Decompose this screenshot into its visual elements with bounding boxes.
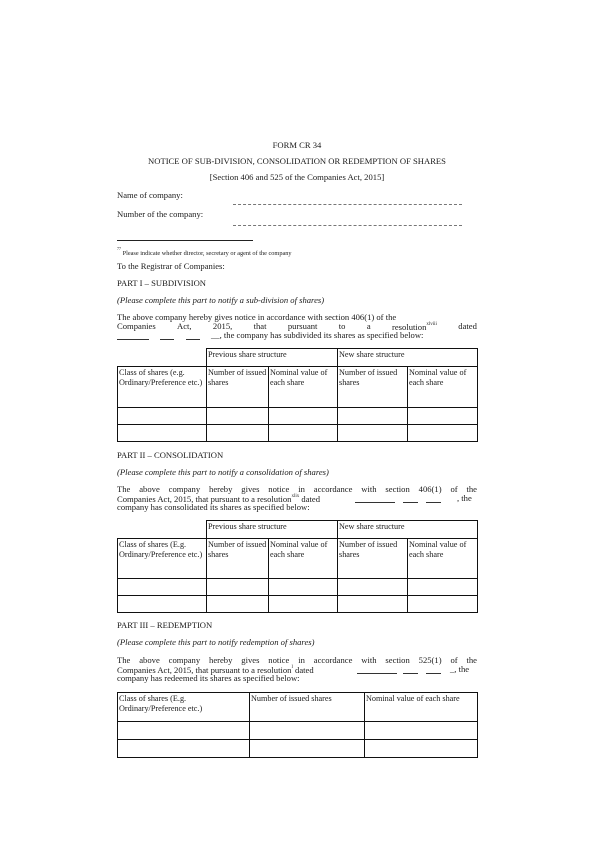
part3-table: Class of shares (E.g. Ordinary/Preferenc… [117, 692, 478, 758]
endnote-ref: l [291, 665, 292, 670]
col-class: Class of shares (E.g. Ordinary/Preferenc… [118, 693, 250, 722]
group-header-new: New share structure [338, 521, 478, 539]
table-cell[interactable] [250, 722, 365, 740]
col-prev-nominal: Nominal value of each share [269, 367, 338, 408]
table-cell[interactable] [338, 425, 408, 442]
col-class: Class of shares (E.g. Ordinary/Preferenc… [118, 539, 207, 579]
col-class: Class of shares (e.g. Ordinary/Preferenc… [118, 367, 207, 408]
table-cell[interactable] [408, 425, 478, 442]
endnote-ref: xlviii [426, 322, 437, 327]
table-cell[interactable] [207, 596, 269, 613]
footnote-separator [117, 240, 253, 241]
part3-heading: PART III – REDEMPTION [117, 620, 212, 630]
part3-para-line2-end: _, the [450, 664, 469, 674]
table-row [118, 596, 478, 613]
part2-instruction: (Please complete this part to notify a c… [117, 467, 329, 477]
table-cell[interactable] [338, 408, 408, 425]
table-cell[interactable] [118, 579, 207, 596]
col-nominal: Nominal value of each share [365, 693, 478, 722]
col-new-number: Number of issued shares [338, 539, 408, 579]
table-cell[interactable] [118, 596, 207, 613]
company-number-label: Number of the company: [117, 209, 203, 219]
col-prev-number: Number of issued shares [207, 367, 269, 408]
footnote: 77 Please indicate whether director, sec… [117, 246, 292, 259]
table-cell[interactable] [365, 722, 478, 740]
part2-para-line3: company has consolidated its shares as s… [117, 502, 310, 512]
part2-para-line2-end: , the [457, 493, 472, 503]
table-cell[interactable] [269, 408, 338, 425]
part1-heading: PART I – SUBDIVISION [117, 278, 206, 288]
table-cell[interactable] [269, 579, 338, 596]
table-cell[interactable] [408, 596, 478, 613]
date-blank-3[interactable] [426, 502, 441, 503]
table-cell[interactable] [118, 425, 207, 442]
date-blank-2[interactable] [403, 502, 418, 503]
group-header-new: New share structure [338, 349, 478, 367]
part1-table: Previous share structure New share struc… [117, 348, 478, 442]
table-cell[interactable] [118, 408, 207, 425]
date-blank-2[interactable] [403, 673, 418, 674]
company-name-field[interactable] [233, 204, 462, 205]
part3-instruction: (Please complete this part to notify red… [117, 637, 314, 647]
table-cell[interactable] [365, 740, 478, 758]
col-new-nominal: Nominal value of each share [408, 539, 478, 579]
date-blank-3[interactable] [186, 339, 200, 340]
col-prev-number: Number of issued shares [207, 539, 269, 579]
table-row [118, 408, 478, 425]
table-row [118, 740, 478, 758]
table-cell[interactable] [118, 740, 250, 758]
table-cell[interactable] [408, 579, 478, 596]
table-cell[interactable] [269, 425, 338, 442]
table-cell[interactable] [118, 722, 250, 740]
table-cell[interactable] [338, 579, 408, 596]
table-cell[interactable] [250, 740, 365, 758]
form-id: FORM CR 34 [0, 140, 594, 150]
date-blank-2[interactable] [160, 339, 174, 340]
company-name-label: Name of company: [117, 190, 183, 200]
legal-reference: [Section 406 and 525 of the Companies Ac… [0, 172, 594, 182]
table-cell[interactable] [207, 579, 269, 596]
date-blank-1[interactable] [355, 502, 395, 503]
table-row [118, 579, 478, 596]
col-prev-nominal: Nominal value of each share [269, 539, 338, 579]
table-row [118, 722, 478, 740]
part1-instruction: (Please complete this part to notify a s… [117, 295, 324, 305]
table-cell[interactable] [207, 408, 269, 425]
part2-table: Previous share structure New share struc… [117, 520, 478, 613]
part1-para-line3: __, the company has subdivided its share… [211, 330, 423, 340]
group-header-previous: Previous share structure [207, 349, 338, 367]
company-number-field[interactable] [233, 225, 462, 226]
date-blank-3[interactable] [426, 673, 441, 674]
table-cell[interactable] [207, 425, 269, 442]
table-cell[interactable] [269, 596, 338, 613]
part2-heading: PART II – CONSOLIDATION [117, 450, 223, 460]
table-row [118, 425, 478, 442]
group-header-previous: Previous share structure [207, 521, 338, 539]
date-blank-1[interactable] [117, 339, 149, 340]
addressee: To the Registrar of Companies: [117, 261, 225, 271]
table-cell[interactable] [408, 408, 478, 425]
col-new-nominal: Nominal value of each share [408, 367, 478, 408]
table-cell[interactable] [338, 596, 408, 613]
col-number: Number of issued shares [250, 693, 365, 722]
endnote-ref: xlix [291, 494, 299, 499]
form-title: NOTICE OF SUB-DIVISION, CONSOLIDATION OR… [0, 156, 594, 166]
part3-para-line3: company has redeemed its shares as speci… [117, 673, 300, 683]
col-new-number: Number of issued shares [338, 367, 408, 408]
date-blank-1[interactable] [357, 673, 397, 674]
